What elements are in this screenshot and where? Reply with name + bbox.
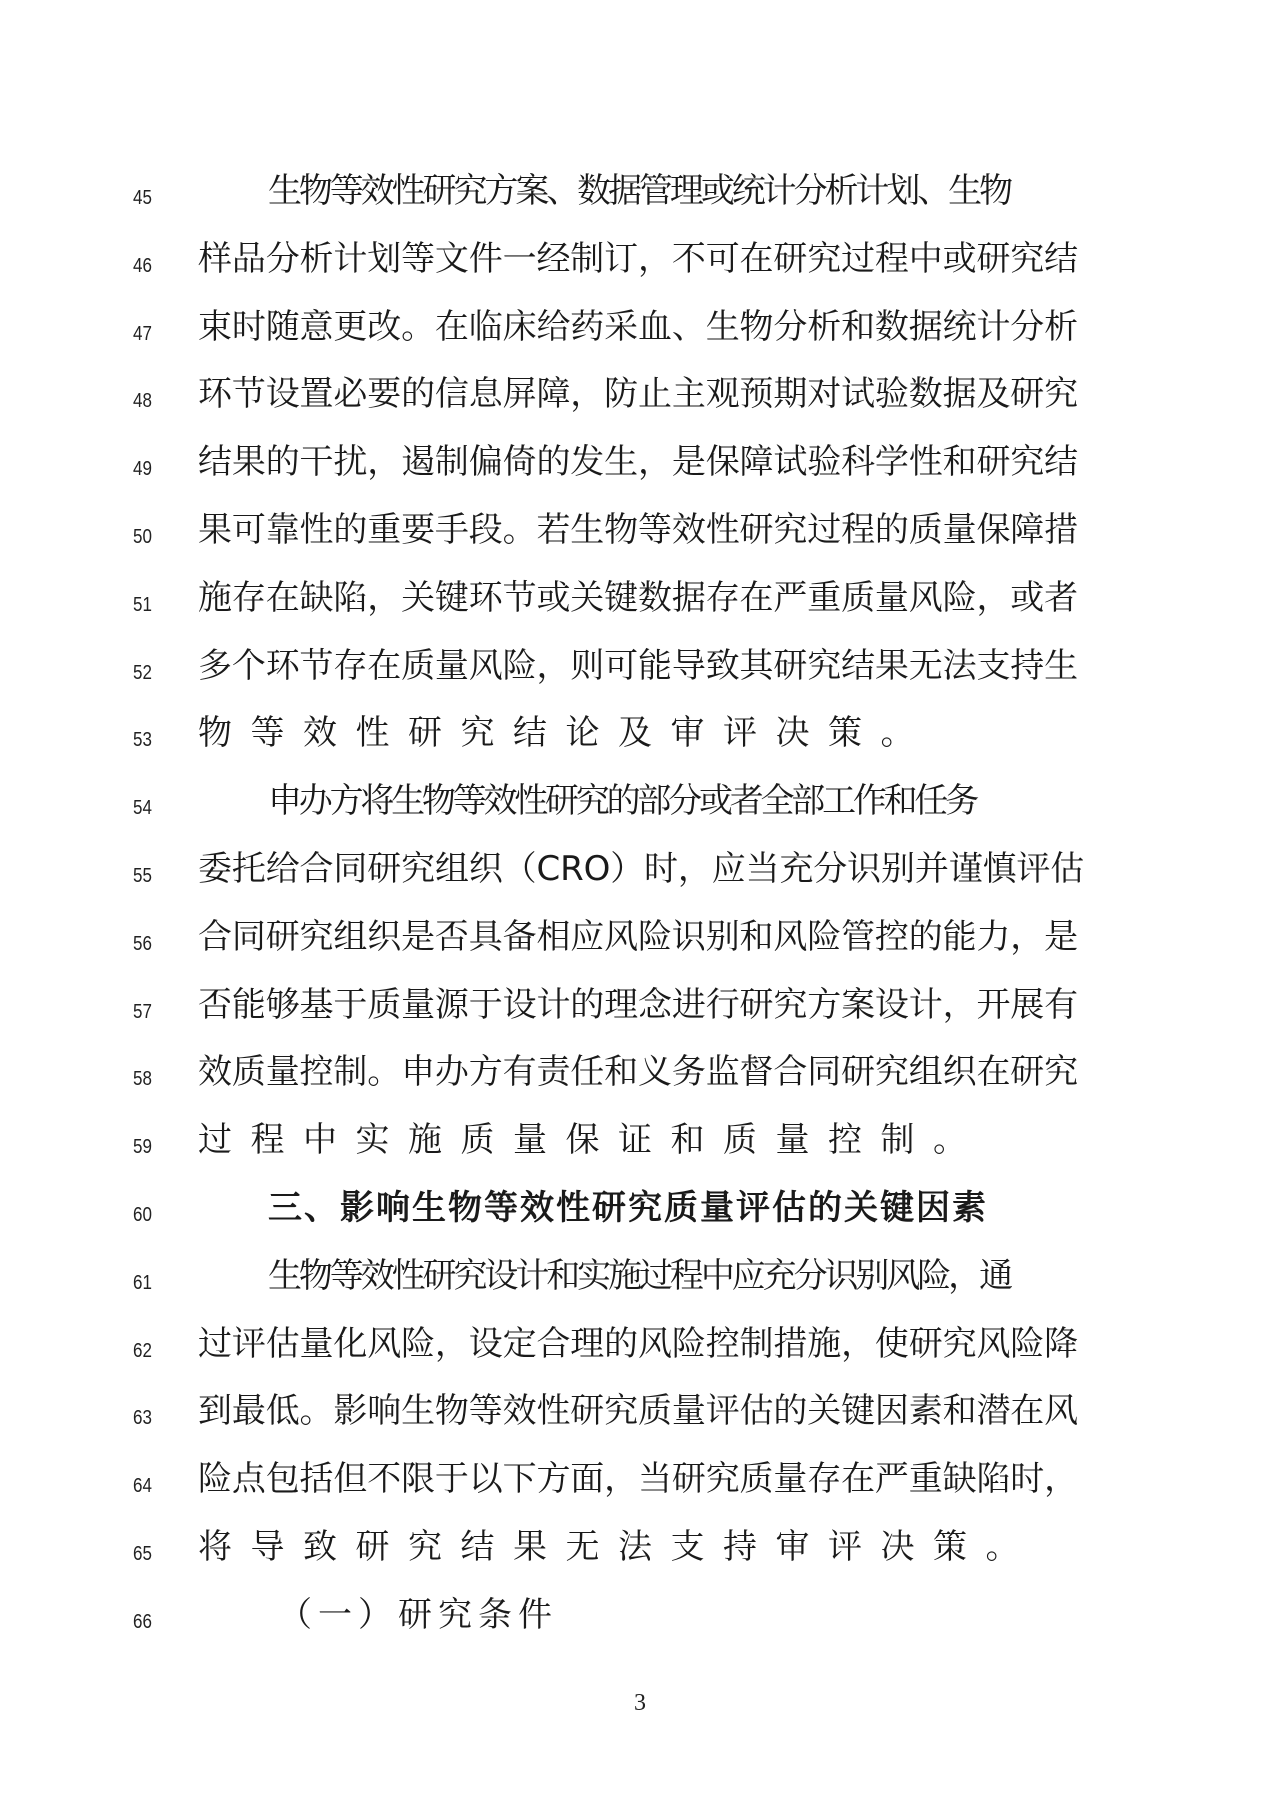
text-line: 63到最低。影响生物等效性研究质量评估的关键因素和潜在风 — [0, 1383, 1280, 1451]
paragraph-text: 束时随意更改。在临床给药采血、生物分析和数据统计分析 — [198, 305, 1098, 349]
paragraph-text: 环节设置必要的信息屏障，防止主观预期对试验数据及研究 — [198, 372, 1098, 416]
paragraph-text: 过评估量化风险，设定合理的风险控制措施，使研究风险降 — [198, 1322, 1098, 1366]
line-number: 45 — [133, 187, 167, 210]
text-line: 57否能够基于质量源于设计的理念进行研究方案设计，开展有 — [0, 977, 1280, 1045]
line-number: 46 — [133, 255, 167, 278]
paragraph-text: 施存在缺陷，关键环节或关键数据存在严重质量风险，或者 — [198, 576, 1098, 620]
text-line: 64险点包括但不限于以下方面，当研究质量存在严重缺陷时， — [0, 1451, 1280, 1519]
text-line: 50果可靠性的重要手段。若生物等效性研究过程的质量保障措 — [0, 502, 1280, 570]
text-line: 51施存在缺陷，关键环节或关键数据存在严重质量风险，或者 — [0, 570, 1280, 638]
line-number: 49 — [133, 458, 167, 481]
line-number: 52 — [133, 662, 167, 685]
line-number: 48 — [133, 390, 167, 413]
subsection-heading: （一）研究条件 — [278, 1593, 1178, 1637]
text-line: 61生物等效性研究设计和实施过程中应充分识别风险，通 — [0, 1248, 1280, 1316]
text-line: 47束时随意更改。在临床给药采血、生物分析和数据统计分析 — [0, 299, 1280, 367]
line-number: 66 — [133, 1611, 167, 1634]
paragraph-text: 到最低。影响生物等效性研究质量评估的关键因素和潜在风 — [198, 1389, 1098, 1433]
text-line: 48环节设置必要的信息屏障，防止主观预期对试验数据及研究 — [0, 366, 1280, 434]
paragraph-text: 物等效性研究结论及审评决策。 — [198, 711, 1098, 755]
text-line: 58效质量控制。申办方有责任和义务监督合同研究组织在研究 — [0, 1044, 1280, 1112]
text-line: 62过评估量化风险，设定合理的风险控制措施，使研究风险降 — [0, 1316, 1280, 1384]
line-number: 53 — [133, 729, 167, 752]
line-number: 65 — [133, 1543, 167, 1566]
paragraph-text: 样品分析计划等文件一经制订，不可在研究过程中或研究结 — [198, 237, 1098, 281]
line-number: 56 — [133, 933, 167, 956]
line-number: 47 — [133, 323, 167, 346]
line-number: 54 — [133, 797, 167, 820]
line-number: 59 — [133, 1136, 167, 1159]
line-number: 51 — [133, 594, 167, 617]
line-number: 60 — [133, 1204, 167, 1227]
page-number: 3 — [0, 1690, 1280, 1717]
subsection-heading-line: 66（一）研究条件 — [0, 1587, 1280, 1655]
text-line: 52多个环节存在质量风险，则可能导致其研究结果无法支持生 — [0, 638, 1280, 706]
line-number: 50 — [133, 526, 167, 549]
line-number: 64 — [133, 1475, 167, 1498]
paragraph-text: 生物等效性研究设计和实施过程中应充分识别风险，通 — [268, 1254, 1168, 1298]
paragraph-text: 过程中实施质量保证和质量控制。 — [198, 1118, 1098, 1162]
paragraph-text: 否能够基于质量源于设计的理念进行研究方案设计，开展有 — [198, 983, 1098, 1027]
text-line: 45生物等效性研究方案、数据管理或统计分析计划、生物 — [0, 163, 1280, 231]
paragraph-text: 多个环节存在质量风险，则可能导致其研究结果无法支持生 — [198, 644, 1098, 688]
text-line: 49结果的干扰，遏制偏倚的发生，是保障试验科学性和研究结 — [0, 434, 1280, 502]
document-page: 45生物等效性研究方案、数据管理或统计分析计划、生物46样品分析计划等文件一经制… — [0, 0, 1280, 1810]
text-line: 46样品分析计划等文件一经制订，不可在研究过程中或研究结 — [0, 231, 1280, 299]
paragraph-text: 结果的干扰，遏制偏倚的发生，是保障试验科学性和研究结 — [198, 440, 1098, 484]
line-number: 58 — [133, 1068, 167, 1091]
paragraph-text: 申办方将生物等效性研究的部分或者全部工作和任务 — [268, 779, 1168, 823]
paragraph-text: 险点包括但不限于以下方面，当研究质量存在严重缺陷时， — [198, 1457, 1098, 1501]
line-number: 55 — [133, 865, 167, 888]
paragraph-text: 将导致研究结果无法支持审评决策。 — [198, 1525, 1098, 1569]
section-heading-line: 60三、影响生物等效性研究质量评估的关键因素 — [0, 1180, 1280, 1248]
paragraph-text: 委托给合同研究组织（CRO）时，应当充分识别并谨慎评估 — [198, 847, 1098, 891]
paragraph-text: 效质量控制。申办方有责任和义务监督合同研究组织在研究 — [198, 1050, 1098, 1094]
text-line: 54申办方将生物等效性研究的部分或者全部工作和任务 — [0, 773, 1280, 841]
text-line: 53物等效性研究结论及审评决策。 — [0, 705, 1280, 773]
text-line: 55委托给合同研究组织（CRO）时，应当充分识别并谨慎评估 — [0, 841, 1280, 909]
paragraph-text: 果可靠性的重要手段。若生物等效性研究过程的质量保障措 — [198, 508, 1098, 552]
line-number: 62 — [133, 1340, 167, 1363]
paragraph-text: 生物等效性研究方案、数据管理或统计分析计划、生物 — [268, 169, 1168, 213]
text-line: 56合同研究组织是否具备相应风险识别和风险管控的能力，是 — [0, 909, 1280, 977]
section-heading: 三、影响生物等效性研究质量评估的关键因素 — [268, 1186, 1168, 1230]
line-number: 63 — [133, 1407, 167, 1430]
line-number: 57 — [133, 1001, 167, 1024]
text-line: 59过程中实施质量保证和质量控制。 — [0, 1112, 1280, 1180]
line-number: 61 — [133, 1272, 167, 1295]
text-line: 65将导致研究结果无法支持审评决策。 — [0, 1519, 1280, 1587]
paragraph-text: 合同研究组织是否具备相应风险识别和风险管控的能力，是 — [198, 915, 1098, 959]
